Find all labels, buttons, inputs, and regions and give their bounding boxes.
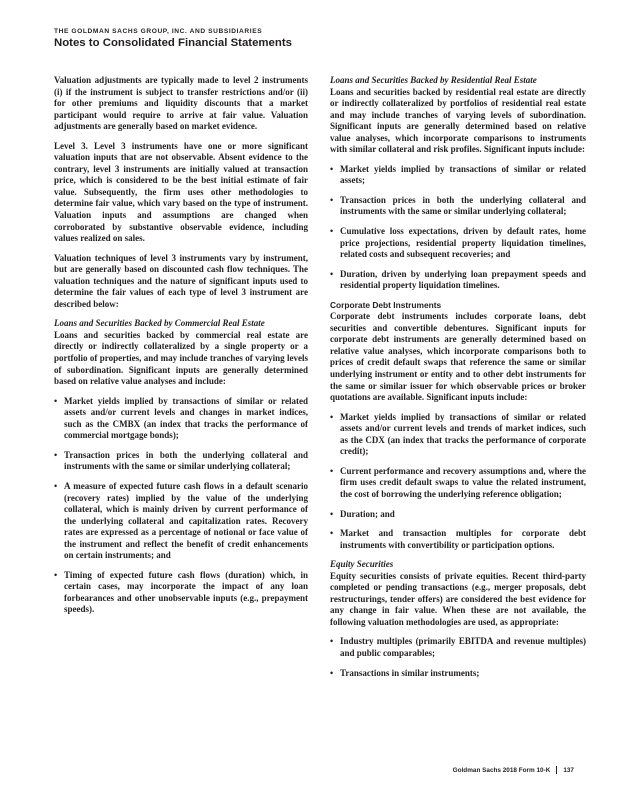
paragraph-level2-adjustments: Valuation adjustments are typically made…: [54, 75, 308, 133]
page-footer: Goldman Sachs 2018 Form 10-K 137: [453, 766, 574, 774]
list-corporate-debt-inputs: Market yields implied by transactions of…: [330, 412, 586, 551]
list-equity-methodologies: Industry multiples (primarily EBITDA and…: [330, 636, 586, 679]
list-residential-real-estate-inputs: Market yields implied by transactions of…: [330, 164, 586, 292]
list-item: Duration, driven by underlying loan prep…: [330, 269, 586, 292]
list-item: Transaction prices in both the underlyin…: [54, 450, 308, 473]
paragraph-residential-real-estate: Loans and securities backed by residenti…: [330, 87, 586, 156]
list-item: Market yields implied by transactions of…: [330, 412, 586, 458]
left-column: Valuation adjustments are typically made…: [54, 75, 308, 624]
list-item: Market yields implied by transactions of…: [54, 396, 308, 442]
page-number: 137: [563, 767, 574, 774]
heading-equity-securities: Equity Securities: [330, 559, 586, 571]
list-item: Cumulative loss expectations, driven by …: [330, 226, 586, 261]
list-item: Market yields implied by transactions of…: [330, 164, 586, 187]
list-item: Duration; and: [330, 509, 586, 521]
footer-divider: [556, 766, 557, 774]
right-column: Loans and Securities Backed by Residenti…: [330, 75, 586, 687]
list-item: Current performance and recovery assumpt…: [330, 466, 586, 501]
list-item: Transactions in similar instruments;: [330, 668, 586, 680]
heading-commercial-real-estate: Loans and Securities Backed by Commercia…: [54, 318, 308, 330]
paragraph-commercial-real-estate: Loans and securities backed by commercia…: [54, 330, 308, 388]
page-header: THE GOLDMAN SACHS GROUP, INC. AND SUBSID…: [54, 27, 574, 50]
list-item: Industry multiples (primarily EBITDA and…: [330, 636, 586, 659]
company-name: THE GOLDMAN SACHS GROUP, INC. AND SUBSID…: [54, 27, 574, 36]
paragraph-corporate-debt: Corporate debt instruments includes corp…: [330, 311, 586, 403]
heading-residential-real-estate: Loans and Securities Backed by Residenti…: [330, 75, 586, 87]
list-item: Timing of expected future cash flows (du…: [54, 570, 308, 616]
heading-corporate-debt: Corporate Debt Instruments: [330, 300, 586, 312]
list-item: Market and transaction multiples for cor…: [330, 528, 586, 551]
section-title: Notes to Consolidated Financial Statemen…: [54, 36, 574, 50]
list-item: Transaction prices in both the underlyin…: [330, 195, 586, 218]
paragraph-level3-techniques: Valuation techniques of level 3 instrume…: [54, 253, 308, 311]
list-item: A measure of expected future cash flows …: [54, 481, 308, 562]
paragraph-level3-definition: Level 3. Level 3 instruments have one or…: [54, 141, 308, 245]
list-commercial-real-estate-inputs: Market yields implied by transactions of…: [54, 396, 308, 616]
paragraph-equity-securities: Equity securities consists of private eq…: [330, 571, 586, 629]
publication-name: Goldman Sachs 2018 Form 10-K: [453, 767, 551, 774]
